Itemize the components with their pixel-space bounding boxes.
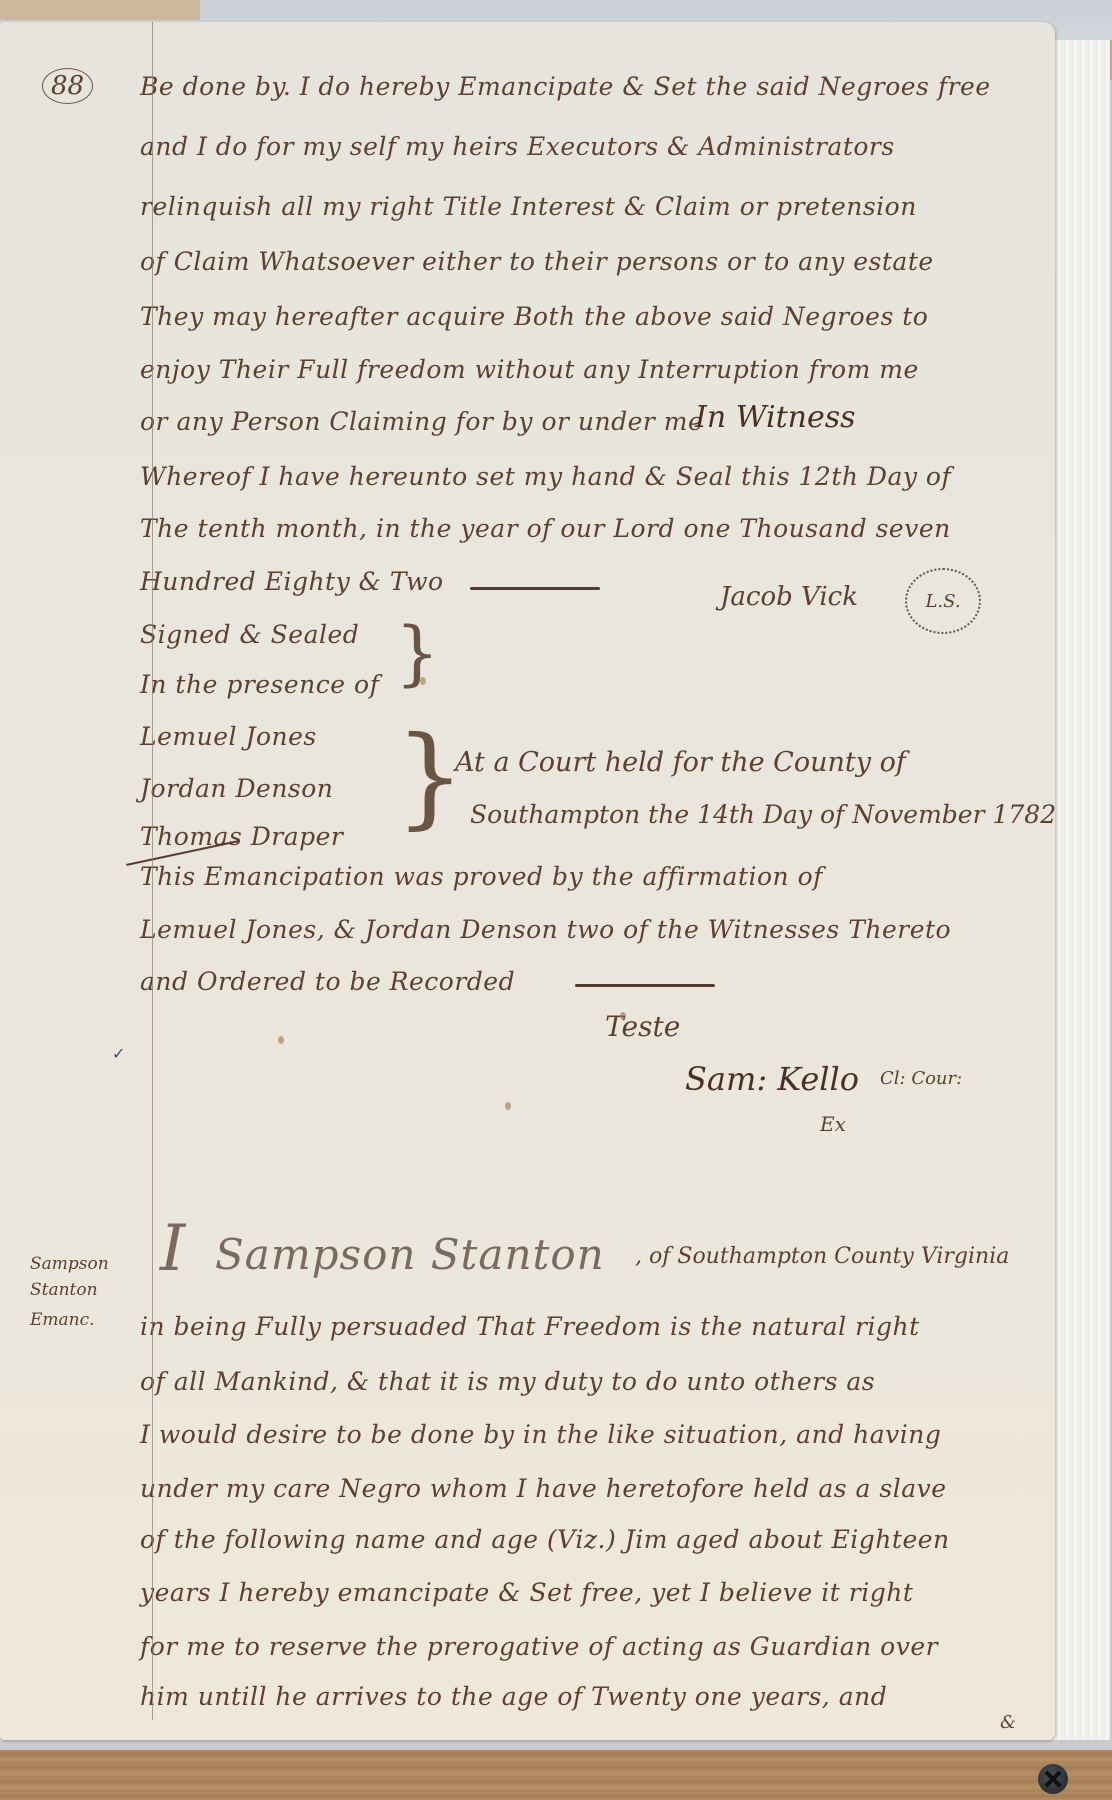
deed-line: The tenth month, in the year of our Lord… <box>140 514 951 543</box>
margin-note: Sampson <box>30 1254 109 1274</box>
signer-signature: Jacob Vick <box>720 582 858 612</box>
teste-label: Teste <box>605 1010 680 1043</box>
deed-line: Be done by. I do hereby Emancipate & Set… <box>140 72 991 101</box>
deed-line: in being Fully persuaded That Freedom is… <box>140 1312 920 1341</box>
deed-line: I would desire to be done by in the like… <box>140 1420 941 1449</box>
line-filler-stroke <box>470 587 600 590</box>
deed-line: under my care Negro whom I have heretofo… <box>140 1474 947 1503</box>
ledger-page: 88 Be done by. I do hereby Emancipate & … <box>0 22 1055 1740</box>
paper-stain <box>420 677 426 685</box>
attestation-heading: Signed & Sealed <box>140 620 359 649</box>
clerk-title: Cl: Cour: <box>880 1068 962 1089</box>
deed-line: relinquish all my right Title Interest &… <box>140 192 917 221</box>
grantor-name: Sampson Stanton <box>215 1230 605 1279</box>
court-line: Lemuel Jones, & Jordan Denson two of the… <box>140 915 951 944</box>
deed-line: of Claim Whatsoever either to their pers… <box>140 247 934 276</box>
seal-ls: L.S. <box>905 568 981 634</box>
folio-number: 88 <box>42 68 93 104</box>
deed-line: , of Southampton County Virginia <box>635 1244 1009 1269</box>
deed-line: They may hereafter acquire Both the abov… <box>140 302 928 331</box>
margin-note: Stanton <box>30 1280 98 1300</box>
deed-line: enjoy Their Full freedom without any Int… <box>140 355 919 384</box>
court-line: and Ordered to be Recorded <box>140 967 515 996</box>
deed-line: or any Person Claiming for by or under m… <box>140 407 703 436</box>
opening-initial: I <box>160 1212 186 1286</box>
deed-line: and I do for my self my heirs Executors … <box>140 132 895 161</box>
deed-line: years I hereby emancipate & Set free, ye… <box>140 1578 913 1607</box>
check-mark-icon: ✓ <box>112 1044 125 1063</box>
in-witness-heading: In Witness <box>695 400 856 435</box>
clerk-signature: Sam: Kello <box>685 1060 859 1098</box>
margin-note: Emanc. <box>30 1310 95 1330</box>
witness-name: Jordan Denson <box>140 774 333 803</box>
deed-line: of the following name and age (Viz.) Jim… <box>140 1525 950 1554</box>
attestation-heading: In the presence of <box>140 670 379 699</box>
paper-stain <box>278 1036 284 1044</box>
deed-line: of all Mankind, & that it is my duty to … <box>140 1367 875 1396</box>
witness-name: Lemuel Jones <box>140 722 317 751</box>
background-object <box>0 0 200 20</box>
deed-line: him untill he arrives to the age of Twen… <box>140 1682 887 1711</box>
court-line: This Emancipation was proved by the affi… <box>140 862 823 891</box>
court-date: Southampton the 14th Day of November 178… <box>470 800 1056 829</box>
margin-rule <box>152 22 153 1720</box>
deed-line: Hundred Eighty & Two <box>140 567 444 596</box>
witness-name: Thomas Draper <box>140 822 343 851</box>
deed-line: for me to reserve the prerogative of act… <box>140 1632 938 1661</box>
screw-icon <box>1038 1764 1068 1794</box>
court-heading: At a Court held for the County of <box>455 747 906 778</box>
wooden-surface <box>0 1750 1112 1800</box>
deed-line: Whereof I have hereunto set my hand & Se… <box>140 462 951 491</box>
examined-mark: Ex <box>820 1112 846 1136</box>
paper-stain <box>505 1102 511 1110</box>
catchword: & <box>1000 1712 1016 1733</box>
brace-glyph: } <box>395 612 440 694</box>
paper-stain <box>620 1012 626 1020</box>
line-filler-stroke <box>575 984 715 987</box>
